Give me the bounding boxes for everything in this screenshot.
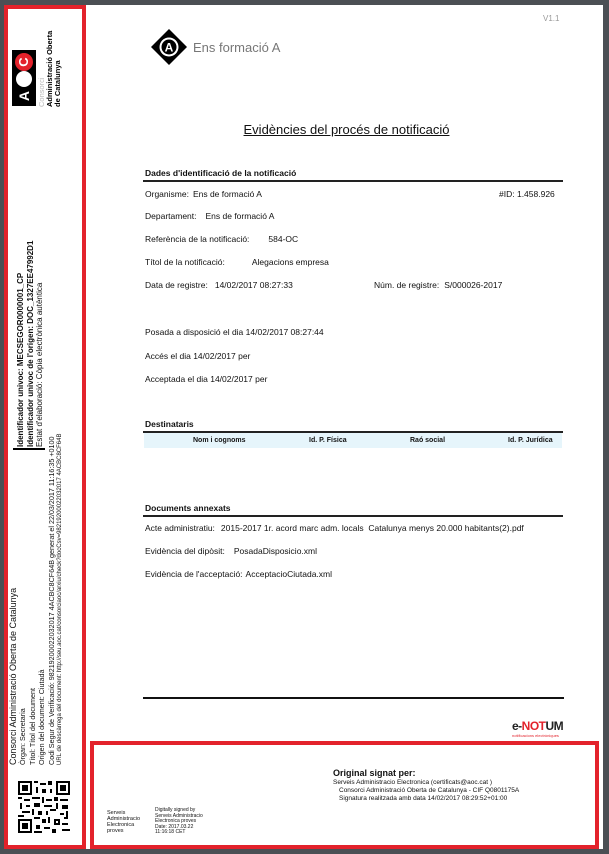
original-signer-line: Serveis Administracio Electronica (certi…: [333, 779, 492, 786]
brand-um: UM: [546, 719, 564, 733]
entity-logo-icon: A: [150, 28, 188, 66]
page-bottom-rule: [143, 697, 564, 699]
event-acceptada: Acceptada el dia 14/02/2017 per: [145, 374, 267, 384]
num-registre-label: Núm. de registre:: [374, 280, 439, 290]
brand-not: NOT: [522, 719, 546, 733]
section-rule: [143, 180, 563, 182]
original-signed-title: Original signat per:: [333, 768, 416, 778]
org-name-line2: de Catalunya: [53, 60, 62, 107]
entity-name: Ens formació A: [193, 40, 280, 55]
enotum-tagline: notificacions electròniques: [512, 733, 559, 738]
num-registre-value: S/000026-2017: [444, 280, 502, 290]
aoc-org-name: Consorci Administració Oberta de Catalun…: [38, 31, 62, 107]
digital-signature-block[interactable]: Digitally signed by Serveis Administraci…: [155, 808, 203, 836]
row-departament: Departament:Ens de formació A: [145, 211, 274, 221]
row-organisme: Organisme:Ens de formació A: [145, 189, 262, 199]
attachment-acceptacio[interactable]: Evidència de l'acceptació:AcceptacioCiut…: [145, 569, 332, 579]
attachments-heading: Documents annexats: [145, 503, 231, 513]
enotum-logo: e-NOTUM: [512, 719, 563, 733]
row-titol: Títol de la notificació:Alegacions empre…: [145, 257, 329, 267]
metadata-block-1: Identificador univoc: MECSEGOR0000001_CP…: [16, 241, 45, 447]
meta-origen: Origen del document: Ciutadà: [37, 434, 47, 765]
digsig-line: 11:16:18 CET: [155, 830, 203, 836]
logo-letter-o: [16, 71, 32, 87]
meta-estat: Estat d'elaboració: Còpia electrònica au…: [35, 241, 45, 447]
departament-value: Ens de formació A: [206, 211, 275, 221]
original-org-line: Consorci Administració Oberta de Catalun…: [339, 787, 519, 794]
meta-identificador-origen: Identificador univoc de l'origen: DOC_13…: [26, 241, 36, 447]
logo-letter-c: C: [15, 53, 33, 71]
attachment-file[interactable]: 2015-2017 1r. acord marc adm. locals Cat…: [221, 523, 524, 533]
brand-e: e-: [512, 719, 522, 733]
titol-label: Títol de la notificació:: [145, 257, 225, 267]
id-value: 1.458.926: [517, 189, 555, 199]
identification-heading: Dades d'identificació de la notificació: [145, 168, 296, 178]
meta-url[interactable]: URL de descàrrega del document: http://s…: [56, 434, 66, 765]
row-referencia: Referència de la notificació:584-OC: [145, 234, 298, 244]
titol-value: Alegacions empresa: [252, 257, 329, 267]
attachment-diposit[interactable]: Evidència del dipòsit:PosadaDisposicio.x…: [145, 546, 317, 556]
meta-identificador: Identificador univoc: MECSEGOR0000001_CP: [16, 241, 26, 447]
aoc-logo: C A: [12, 50, 36, 106]
departament-label: Departament:: [145, 211, 197, 221]
event-posada: Posada a disposició el dia 14/02/2017 08…: [145, 327, 324, 337]
qr-code[interactable]: [18, 781, 70, 833]
metadata-block-2: Consorci Administració Oberta de Catalun…: [8, 434, 66, 765]
section-rule: [143, 515, 563, 517]
original-date-line: Signatura realitzada amb data 14/02/2017…: [339, 795, 507, 802]
recipients-table-header: Nom i cognoms Id. P. Física Raó social I…: [144, 433, 562, 448]
row-data-registre: Data de registre:14/02/2017 08:27:33: [145, 280, 293, 290]
attachment-acte[interactable]: Acte administratiu:2015-2017 1r. acord m…: [145, 523, 524, 533]
meta-titol: Títol: Títol del document: [28, 434, 38, 765]
col-id-juridica: Id. P. Jurídica: [508, 437, 553, 444]
signer-line: proves: [107, 828, 140, 834]
referencia-label: Referència de la notificació:: [145, 234, 249, 244]
meta-csv: Codi Segur de Verificació: 9821920002203…: [47, 434, 57, 765]
attachment-label: Evidència del dipòsit:: [145, 546, 225, 556]
id-label: #ID:: [499, 189, 515, 199]
attachment-file[interactable]: PosadaDisposicio.xml: [234, 546, 317, 556]
meta-consorci: Consorci Administració Oberta de Catalun…: [8, 434, 18, 765]
organisme-value: Ens de formació A: [193, 189, 262, 199]
col-rao-social: Raó social: [410, 437, 445, 444]
meta-organ: Òrgan: Secretaria: [18, 434, 28, 765]
attachment-label: Evidència de l'acceptació:: [145, 569, 243, 579]
organisme-label: Organisme:: [145, 189, 189, 199]
version-label: V1.1: [543, 14, 559, 23]
referencia-value: 584-OC: [268, 234, 298, 244]
data-registre-value: 14/02/2017 08:27:33: [215, 280, 293, 290]
data-registre-label: Data de registre:: [145, 280, 208, 290]
row-id: #ID: 1.458.926: [499, 189, 555, 199]
logo-letter-a: A: [15, 87, 33, 105]
signer-block: Serveis Administracio Electronica proves: [107, 810, 140, 834]
event-acces: Accés el dia 14/02/2017 per: [145, 351, 250, 361]
col-nom: Nom i cognoms: [193, 437, 246, 444]
attachment-label: Acte administratiu:: [145, 523, 215, 533]
recipients-heading: Destinataris: [145, 419, 194, 429]
svg-text:A: A: [165, 41, 174, 55]
col-id-fisica: Id. P. Física: [309, 437, 347, 444]
attachment-file[interactable]: AcceptacioCiutada.xml: [246, 569, 332, 579]
row-num-registre: Núm. de registre:S/000026-2017: [374, 280, 502, 290]
document-title: Evidències del procés de notificació: [0, 122, 609, 137]
